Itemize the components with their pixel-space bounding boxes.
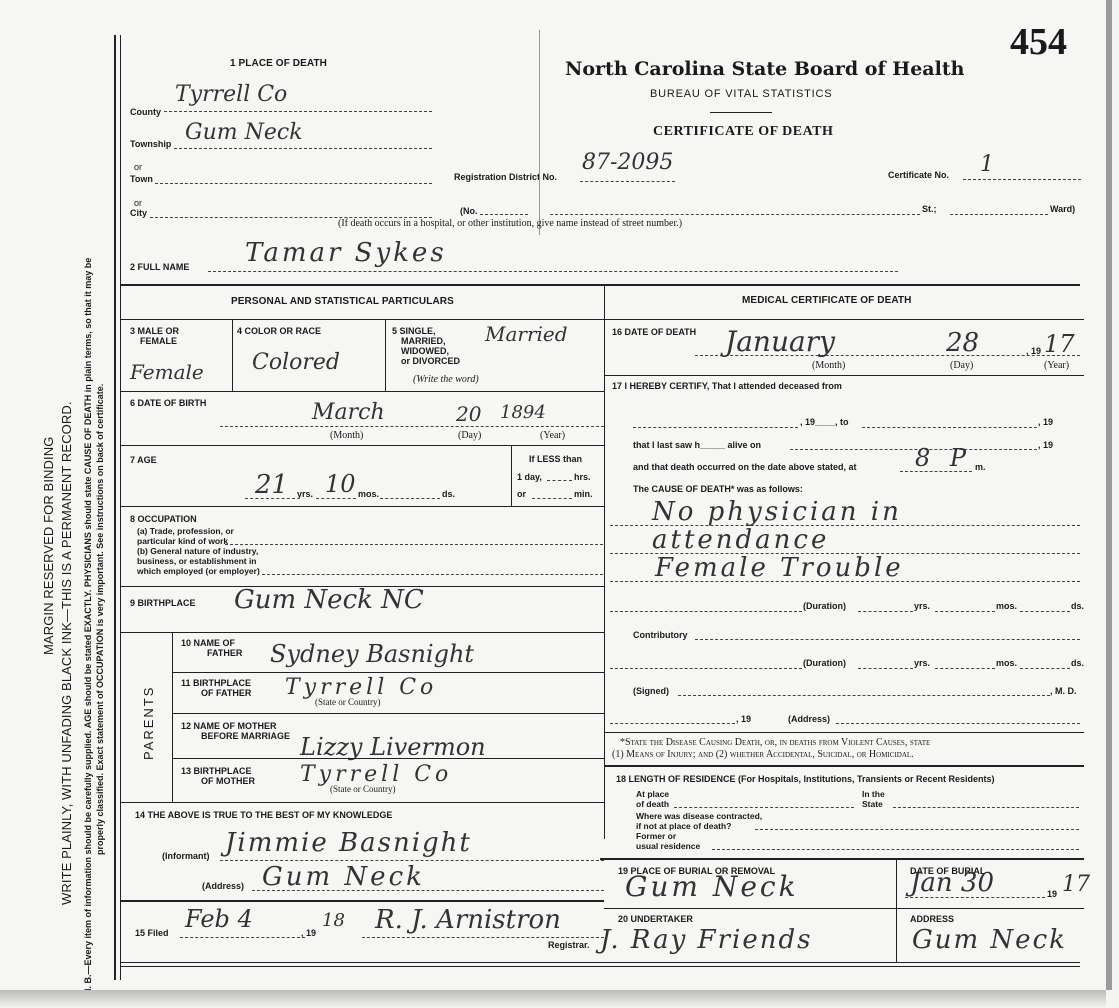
filed-date-value: Feb 4	[185, 905, 253, 933]
yrs-label: yrs.	[297, 489, 313, 499]
death-time-value: 8 P	[915, 444, 972, 472]
city-label: City	[130, 208, 147, 218]
township-label: Township	[130, 139, 171, 149]
or-label: or	[517, 489, 526, 499]
place-of-death-heading: 1 PLACE OF DEATH	[230, 58, 327, 69]
rule	[232, 319, 233, 391]
mother-birthplace-label: 13 BIRTHPLACE OF MOTHER	[181, 766, 255, 786]
informant-address-label: (Address)	[202, 881, 244, 891]
residence-at-place: At place of death	[636, 789, 669, 809]
filed-year-value: 18	[322, 910, 345, 931]
medical-heading: MEDICAL CERTIFICATE OF DEATH	[742, 295, 911, 306]
age-months: 10	[325, 470, 356, 498]
residence-at-place-line	[674, 807, 854, 808]
full-name-line	[208, 271, 898, 272]
death-certificate: MARGIN RESERVED FOR BINDING WRITE PLAINL…	[0, 0, 1112, 990]
rule	[120, 900, 604, 902]
signed-label: (Signed)	[633, 686, 669, 696]
hrs-label: hrs.	[574, 472, 591, 482]
board-title: North Carolina State Board of Health	[565, 58, 964, 80]
sex-value: Female	[130, 360, 204, 384]
cause-value-2: attendance	[652, 525, 829, 555]
city-or: or	[134, 198, 142, 208]
street-no-label: (No.	[460, 206, 478, 216]
contributory-label: Contributory	[633, 630, 688, 640]
duration-line	[610, 611, 802, 612]
age-years: 21	[255, 470, 288, 500]
street-no-line	[480, 214, 528, 215]
full-name-label: 2 FULL NAME	[130, 262, 189, 272]
dod-month: January	[725, 325, 835, 358]
father-birthplace-value: Tyrrell Co	[285, 675, 437, 700]
cause-footnote: *State the Disease Causing Death, or, in…	[620, 737, 930, 761]
rule	[385, 319, 386, 391]
attended-from-line	[633, 427, 798, 428]
outer-border-left	[114, 35, 116, 980]
rule	[172, 758, 604, 759]
father-label: 10 NAME OF FATHER	[181, 638, 242, 658]
informant-address-value: Gum Neck	[262, 862, 425, 892]
contracted-line	[755, 829, 1079, 830]
rule	[172, 672, 604, 673]
informant-label: (Informant)	[162, 851, 210, 861]
dob-month: March	[312, 400, 385, 425]
hrs-line	[547, 480, 572, 481]
town-line	[155, 183, 432, 184]
contrib-duration-line	[610, 668, 802, 669]
informant-heading: 14 THE ABOVE IS TRUE TO THE BEST OF MY K…	[135, 810, 392, 820]
duration-mos: mos.	[996, 601, 1017, 611]
attended-to-year: , 19	[1038, 417, 1053, 427]
reg-district-label: Registration District No.	[454, 172, 557, 182]
rule	[120, 962, 1080, 963]
death-occurred-label: and that death occurred on the date abov…	[633, 462, 857, 472]
certificate-no-value: 1	[980, 152, 994, 177]
ds-label: ds.	[442, 489, 455, 499]
registrar-line	[362, 937, 604, 938]
township-value: Gum Neck	[185, 120, 303, 145]
birthplace-label: 9 BIRTHPLACE	[130, 598, 196, 608]
contributory-line	[695, 639, 1080, 640]
duration-label: (Duration)	[803, 601, 846, 611]
death-time-suffix: m.	[975, 462, 986, 472]
marital-value: Married	[485, 322, 568, 346]
dod-year-prefix: , 19	[1026, 346, 1041, 356]
duration-ds-line	[1020, 611, 1070, 612]
occupation-label: 8 OCCUPATION	[130, 514, 197, 524]
street-label: St.;	[922, 204, 937, 214]
ward-label: Ward)	[1050, 204, 1075, 214]
last-saw-label: that I last saw h_____ alive on	[633, 440, 761, 450]
race-value: Colored	[252, 350, 340, 375]
duration-ds: ds.	[1071, 601, 1084, 611]
hospital-note: (If death occurs in a hospital, or other…	[338, 218, 682, 229]
race-label: 4 COLOR OR RACE	[237, 326, 321, 336]
dod-day-caption: (Day)	[950, 360, 973, 371]
rule	[604, 319, 1084, 320]
cause-value-1: No physician in	[652, 497, 902, 527]
column-divider	[604, 284, 605, 839]
county-value: Tyrrell Co	[175, 82, 287, 107]
certify-label: 17 I HEREBY CERTIFY, That I attended dec…	[612, 381, 842, 391]
burial-date-value: Jan 30	[910, 868, 994, 898]
section-divider-top	[120, 284, 1080, 286]
cause-label: The CAUSE OF DEATH* was as follows:	[633, 484, 803, 494]
dod-day: 28	[946, 328, 979, 358]
burial-year-value: 17	[1062, 872, 1090, 897]
dob-month-caption: (Month)	[330, 430, 363, 441]
certificate-no-label: Certificate No.	[888, 170, 949, 180]
contrib-mos: mos.	[996, 658, 1017, 668]
dod-year: 17	[1044, 330, 1075, 358]
contrib-ds: ds.	[1071, 658, 1084, 668]
former-residence-line	[712, 849, 1079, 850]
page-number: 454	[1010, 20, 1067, 64]
dob-day: 20	[456, 402, 481, 426]
rule	[120, 319, 604, 320]
occupation-a: (a) Trade, profession, or particular kin…	[137, 526, 260, 576]
residence-contracted: Where was disease contracted, if not at …	[636, 811, 762, 851]
father-name-value: Sydney Basnight	[270, 640, 474, 668]
last-saw-line	[790, 449, 1037, 450]
informant-value: Jimmie Basnight	[225, 828, 472, 858]
dob-day-caption: (Day)	[458, 430, 481, 441]
signed-date-line	[610, 723, 735, 724]
contrib-yrs: yrs.	[914, 658, 930, 668]
father-birthplace-label: 11 BIRTHPLACE OF FATHER	[181, 678, 251, 698]
rule	[172, 713, 604, 714]
rule	[604, 908, 1084, 909]
rule	[604, 375, 1084, 376]
burial-year-prefix: 19	[1047, 889, 1057, 899]
margin-binding-note: MARGIN RESERVED FOR BINDING	[40, 437, 58, 655]
signed-line	[678, 695, 1050, 696]
rule	[120, 445, 604, 446]
min-line	[532, 498, 572, 499]
dob-year-caption: (Year)	[540, 430, 565, 441]
town-label: Town	[130, 174, 153, 184]
rule	[896, 860, 897, 962]
bureau-subtitle: BUREAU OF VITAL STATISTICS	[650, 88, 832, 100]
outer-border-left-inner	[120, 35, 121, 980]
reg-district-line	[580, 181, 675, 182]
scan-edge	[0, 990, 1106, 1008]
margin-nb-note-2: properly classified. Exact statement of …	[90, 384, 108, 855]
undertaker-value: J. Ray Friends	[600, 925, 812, 955]
residence-heading: 18 LENGTH OF RESIDENCE (For Hospitals, I…	[616, 774, 995, 784]
md-label: , M. D.	[1050, 686, 1077, 696]
informant-line	[220, 860, 604, 861]
undertaker-address-label: ADDRESS	[910, 914, 954, 924]
occupation-b-line	[262, 574, 603, 575]
min-label: min.	[574, 489, 593, 499]
attended-from-to: , 19____, to	[800, 417, 849, 427]
personal-heading: PERSONAL AND STATISTICAL PARTICULARS	[231, 296, 454, 307]
margin-ink-note: WRITE PLAINLY, WITH UNFADING BLACK INK—T…	[58, 401, 76, 905]
residence-in-state-line	[893, 807, 1079, 808]
duration-yrs: yrs.	[914, 601, 930, 611]
rule	[172, 632, 173, 802]
rule	[120, 506, 604, 507]
full-name-value: Tamar Sykes	[245, 238, 447, 268]
town-or: or	[134, 162, 142, 172]
burial-place-value: Gum Neck	[625, 870, 799, 903]
contrib-ds-line	[1020, 668, 1070, 669]
filed-label: 15 Filed	[135, 928, 169, 938]
marital-label: 5 SINGLE, MARRIED, WIDOWED, or DIVORCED	[392, 326, 460, 366]
contrib-duration-label: (Duration)	[803, 658, 846, 668]
rule	[120, 966, 1080, 967]
certificate-no-line	[963, 179, 1081, 180]
mother-birthplace-value: Tyrrell Co	[300, 762, 452, 787]
reg-district-value: 87-2095	[582, 150, 673, 175]
less-than-label: If LESS than	[529, 454, 582, 464]
dod-label: 16 DATE OF DEATH	[612, 327, 696, 337]
dod-year-caption: (Year)	[1044, 360, 1069, 371]
duration-yrs-line	[858, 611, 913, 612]
physician-address-label: (Address)	[788, 714, 830, 724]
header-rule	[710, 112, 772, 113]
birthplace-value: Gum Neck NC	[234, 585, 424, 615]
rule	[600, 858, 1084, 860]
street-line	[550, 214, 920, 215]
rule	[120, 391, 604, 392]
filed-year-prefix: , 19	[301, 928, 316, 938]
dob-line	[220, 426, 604, 427]
dob-year: 1894	[500, 402, 546, 423]
undertaker-label: 20 UNDERTAKER	[618, 914, 693, 924]
mother-name-value: Lizzy Livermon	[300, 733, 486, 761]
age-label: 7 AGE	[130, 455, 157, 465]
age-days-line	[380, 498, 440, 499]
rule	[604, 765, 1084, 767]
ward-line	[950, 214, 1048, 215]
sex-label: 3 MALE OR FEMALE	[130, 326, 179, 346]
township-line	[174, 148, 432, 149]
rule	[604, 732, 1084, 733]
cause-value-3: Female Trouble	[655, 553, 904, 583]
mos-label: mos.	[358, 489, 379, 499]
signed-year: , 19	[736, 714, 751, 724]
attended-to-line	[862, 427, 1037, 428]
rule	[120, 802, 604, 803]
mother-label: 12 NAME OF MOTHER BEFORE MARRIAGE	[181, 721, 290, 741]
occupation-a-line	[225, 544, 603, 545]
filed-date-line	[180, 937, 305, 938]
certificate-title: CERTIFICATE OF DEATH	[653, 124, 833, 140]
rule	[120, 632, 604, 633]
duration-mos-line	[935, 611, 995, 612]
undertaker-address-value: Gum Neck	[912, 925, 1067, 955]
marital-hint: (Write the word)	[413, 374, 479, 385]
header-faint-divider	[539, 30, 540, 235]
last-saw-year: , 19	[1038, 440, 1053, 450]
contrib-mos-line	[935, 668, 995, 669]
dob-label: 6 DATE OF BIRTH	[130, 398, 206, 408]
physician-address-line	[836, 723, 1080, 724]
county-line	[164, 111, 432, 112]
one-day-label: 1 day,	[517, 472, 542, 482]
residence-in-state: In the State	[862, 789, 885, 809]
age-months-line	[316, 498, 356, 499]
rule	[511, 445, 512, 506]
registrar-signature: R. J. Arnistron	[375, 905, 561, 935]
registrar-label: Registrar.	[548, 940, 590, 950]
dod-month-caption: (Month)	[812, 360, 845, 371]
contrib-yrs-line	[858, 668, 913, 669]
parents-side-label: PARENTS	[140, 686, 158, 760]
